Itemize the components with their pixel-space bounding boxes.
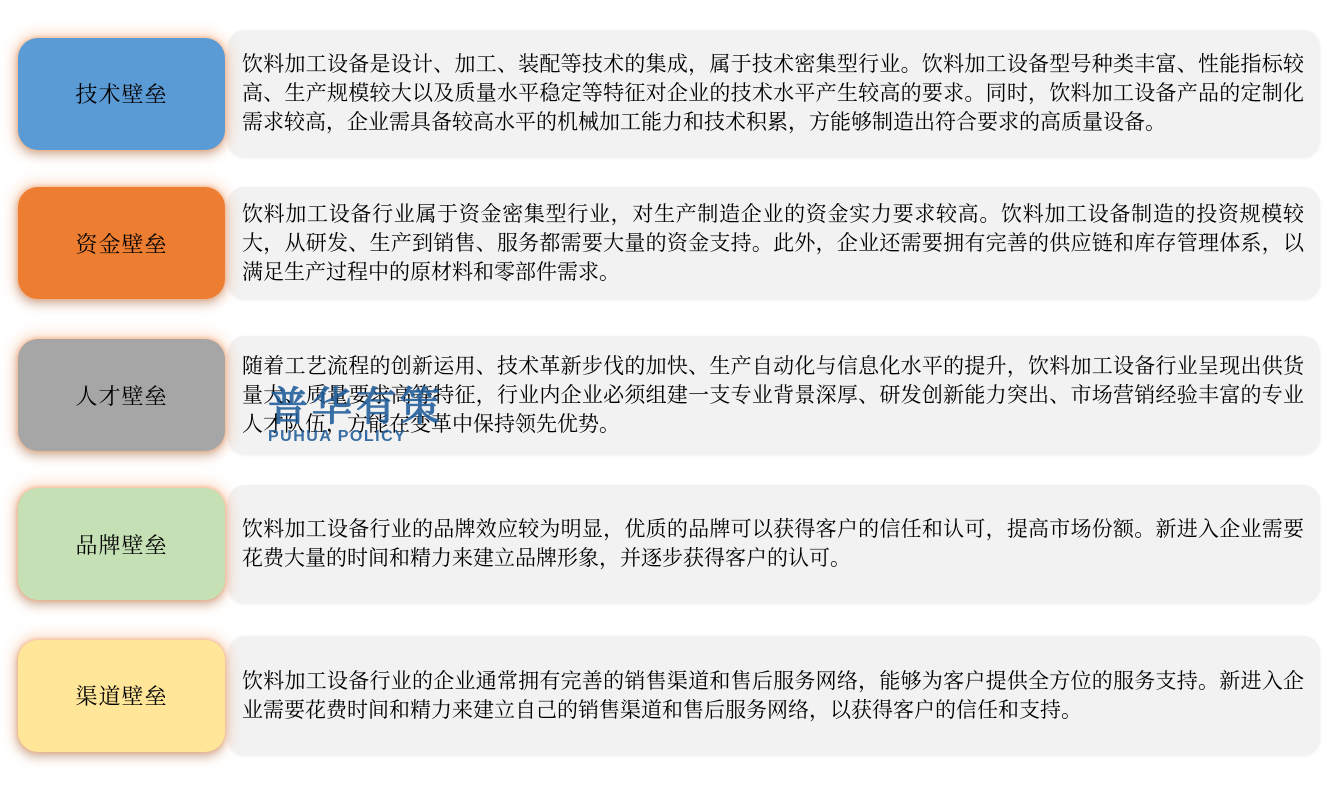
barrier-row: 技术壁垒 饮料加工设备是设计、加工、装配等技术的集成，属于技术密集型行业。饮料加… — [18, 30, 1320, 157]
barrier-label-talent: 人才壁垒 — [18, 339, 225, 451]
barrier-description-text: 随着工艺流程的创新运用、技术革新步伐的加快、生产自动化与信息化水平的提升，饮料加… — [228, 352, 1320, 439]
barrier-description-panel: 饮料加工设备行业属于资金密集型行业，对生产制造企业的资金实力要求较高。饮料加工设… — [228, 187, 1320, 299]
barrier-description-panel: 饮料加工设备行业的企业通常拥有完善的销售渠道和售后服务网络，能够为客户提供全方位… — [228, 636, 1320, 755]
barrier-description-panel: 随着工艺流程的创新运用、技术革新步伐的加快、生产自动化与信息化水平的提升，饮料加… — [228, 336, 1320, 454]
barrier-row: 渠道壁垒 饮料加工设备行业的企业通常拥有完善的销售渠道和售后服务网络，能够为客户… — [18, 636, 1320, 755]
barrier-row: 品牌壁垒 饮料加工设备行业的品牌效应较为明显，优质的品牌可以获得客户的信任和认可… — [18, 485, 1320, 603]
barrier-label-brand: 品牌壁垒 — [18, 488, 225, 600]
infographic-canvas: 技术壁垒 饮料加工设备是设计、加工、装配等技术的集成，属于技术密集型行业。饮料加… — [0, 0, 1327, 787]
barrier-description-text: 饮料加工设备行业的企业通常拥有完善的销售渠道和售后服务网络，能够为客户提供全方位… — [228, 667, 1320, 725]
barrier-label-channel: 渠道壁垒 — [18, 640, 225, 752]
barrier-description-text: 饮料加工设备行业的品牌效应较为明显，优质的品牌可以获得客户的信任和认可，提高市场… — [228, 515, 1320, 573]
barrier-label-capital: 资金壁垒 — [18, 187, 225, 299]
barrier-description-panel: 饮料加工设备行业的品牌效应较为明显，优质的品牌可以获得客户的信任和认可，提高市场… — [228, 485, 1320, 603]
barrier-label-technology: 技术壁垒 — [18, 38, 225, 150]
barrier-description-text: 饮料加工设备是设计、加工、装配等技术的集成，属于技术密集型行业。饮料加工设备型号… — [228, 50, 1320, 137]
barrier-description-text: 饮料加工设备行业属于资金密集型行业，对生产制造企业的资金实力要求较高。饮料加工设… — [228, 200, 1320, 287]
barrier-description-panel: 饮料加工设备是设计、加工、装配等技术的集成，属于技术密集型行业。饮料加工设备型号… — [228, 30, 1320, 157]
barrier-row: 人才壁垒 随着工艺流程的创新运用、技术革新步伐的加快、生产自动化与信息化水平的提… — [18, 336, 1320, 454]
barrier-row: 资金壁垒 饮料加工设备行业属于资金密集型行业，对生产制造企业的资金实力要求较高。… — [18, 187, 1320, 299]
